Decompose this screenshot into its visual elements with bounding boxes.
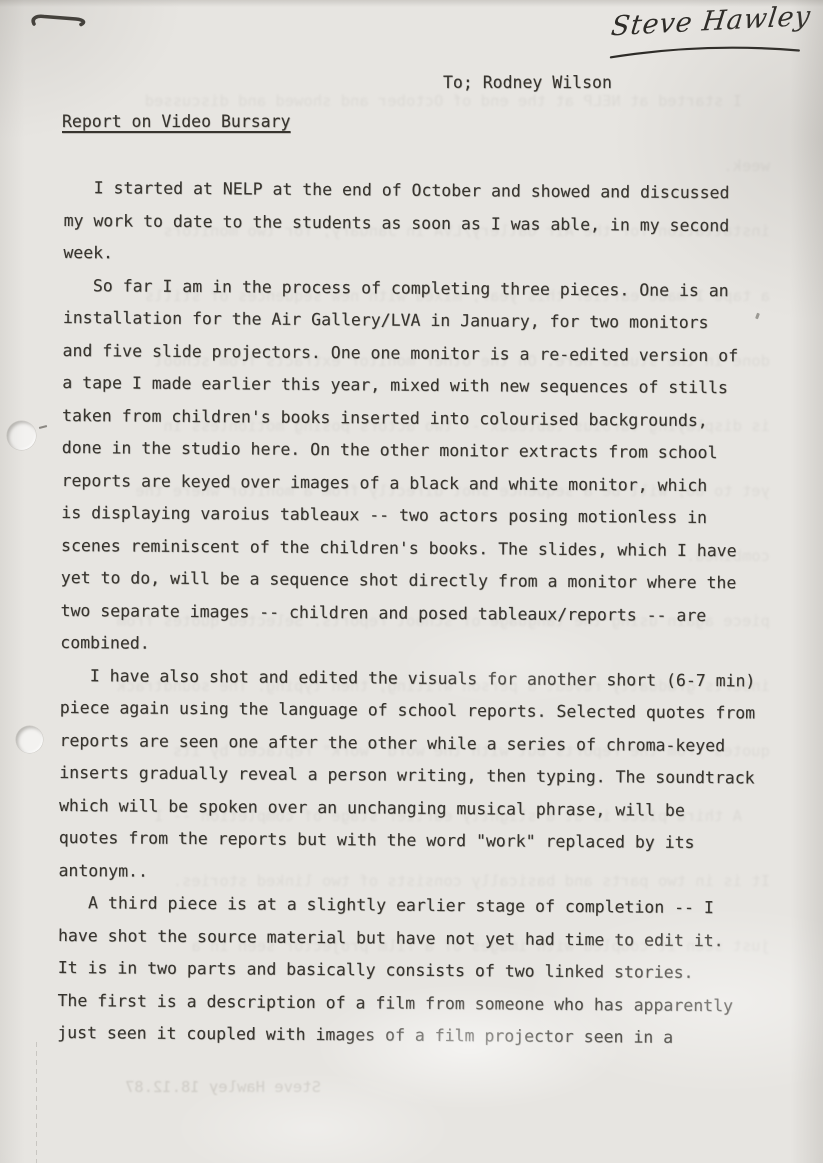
body-line: I started at NELP at the end of October … bbox=[64, 172, 784, 210]
body-line: yet to do, will be a sequence shot direc… bbox=[61, 562, 781, 600]
body-line: just seen it coupled with images of a fi… bbox=[57, 1017, 777, 1055]
body-line: my work to date to the students as soon … bbox=[63, 204, 783, 242]
body-line: two separate images -- children and pose… bbox=[60, 594, 780, 632]
document-body: I started at NELP at the end of October … bbox=[57, 172, 784, 1055]
body-line: done in the studio here. On the other mo… bbox=[62, 432, 782, 470]
body-line: is displaying varoius tableaux -- two ac… bbox=[61, 497, 781, 535]
body-line: It is in two parts and basically consist… bbox=[58, 952, 778, 990]
body-line: quotes from the reports but with the wor… bbox=[59, 822, 779, 860]
left-edge-crease bbox=[36, 1042, 37, 1163]
typed-recipient: To; Rodney Wilson bbox=[443, 73, 612, 92]
bleedthrough-line: I started at NELP at the end of October … bbox=[70, 92, 770, 110]
body-line: piece again using the language of school… bbox=[60, 692, 780, 730]
handwritten-signature: Steve Hawley bbox=[611, 1, 814, 73]
pencil-tick-mark bbox=[39, 425, 47, 429]
staple-mark bbox=[30, 12, 94, 30]
body-line: inserts gradually reveal a person writin… bbox=[59, 757, 779, 795]
hole-punch-bottom bbox=[16, 726, 43, 753]
body-line: A third piece is at a slightly earlier s… bbox=[58, 887, 778, 925]
body-line: installation for the Air Gallery/LVA in … bbox=[63, 302, 783, 340]
bleedthrough-signature: Steve Hawley 18.12.87 bbox=[125, 1078, 321, 1096]
hole-punch-top bbox=[7, 421, 36, 450]
scanned-document-page: I started at NELP at the end of October … bbox=[0, 0, 823, 1163]
body-line: a tape I made earlier this year, mixed w… bbox=[62, 367, 782, 405]
document-title: Report on Video Bursary bbox=[62, 112, 290, 131]
